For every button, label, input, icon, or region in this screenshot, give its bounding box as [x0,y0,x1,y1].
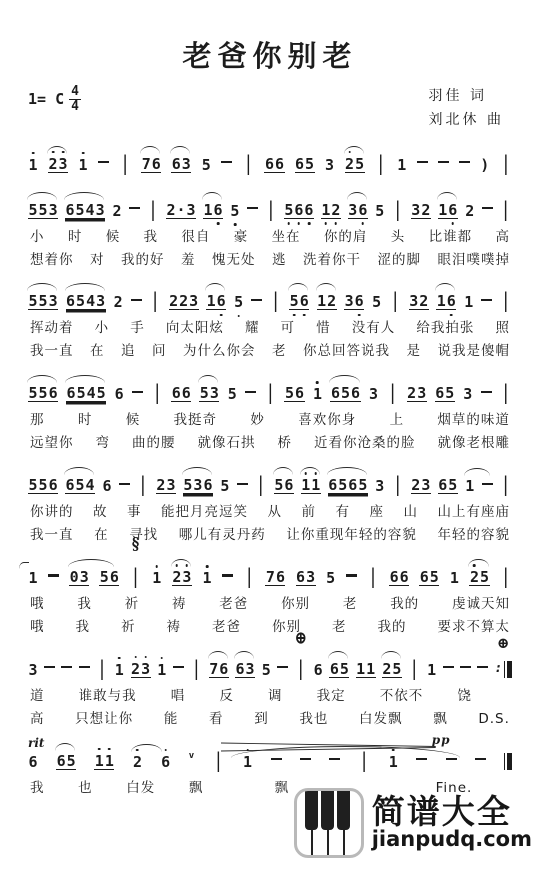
notation-line: 1231|76635|6665325|1)| [26,141,514,180]
note-token: 63 [235,662,255,678]
lyric-syllable: 惜 [316,318,331,339]
dash-note [481,391,492,393]
lyric-syllable: 我定 [317,686,346,707]
note-digit: 0 [69,570,79,585]
dash-bar [459,161,470,163]
note-digit: 3 [463,387,473,402]
note-digit: 3 [306,570,316,585]
note-digit: 3 [245,662,255,677]
note-token: 2 [113,295,123,310]
note-digit: 1 [321,203,331,218]
barline: | [375,154,387,174]
dash-note [131,299,142,301]
note-digit: 5 [201,158,211,173]
slur-arc [27,375,57,383]
note-digit: 2 [345,157,355,172]
slur-arc [273,467,293,475]
lyric-syllable: 在 [90,341,105,362]
dash-note [79,666,90,668]
note-digit: 5 [340,386,350,401]
dash-note [221,161,232,163]
dash-note [446,758,457,760]
note-digit: 5 [284,203,294,218]
dash-bar [443,666,454,668]
note-digit: 6 [65,203,75,218]
note-digit: 1 [464,295,474,310]
slur-arc [171,559,191,567]
dash-bar [251,299,262,301]
dash-bar [221,161,232,163]
note-digit: ) [480,158,490,173]
note-digit: 3 [79,570,89,585]
note-token: 65 [329,662,349,678]
note-token: 11 [94,754,114,770]
note-digit: 5 [38,478,48,493]
note-token: 223 [169,294,199,310]
barline: | [389,292,401,312]
note-token: 12 [317,294,337,310]
time-signature: 4 4 [69,85,81,113]
dash-note [482,483,493,485]
note-digit: 6 [389,570,399,585]
lyric-syllable: 有 [336,502,351,523]
lyric-syllable: 烟草的味道 [437,410,510,431]
note-digit: 3 [96,294,106,309]
note-digit: 5 [445,386,455,401]
dash-bar [271,758,282,760]
barline: | [269,292,281,312]
note-token: 5 [234,295,244,310]
thick-bar [507,661,512,678]
lyric-syllable: 弯 [96,433,111,454]
dash-note [443,666,454,668]
note-token: 6 [313,663,323,678]
note-digit: 6 [264,157,274,172]
note-token: 1 [464,295,474,310]
note-digit: 6 [330,386,340,401]
note-digit: 6 [66,386,76,401]
note-digit: 6 [65,478,75,493]
lyric-line: 想着你对我的好羞愧无处逃洗着你干涩的脚眼泪噗噗掉 [26,249,514,272]
dash-note [416,758,427,760]
breath-mark: v [189,751,194,761]
note-digit: 1 [301,478,311,493]
note-digit: 5 [305,157,315,172]
note-token: 23 [407,386,427,402]
note-digit: 5 [339,662,349,677]
note-token: 1 [427,663,437,678]
dash-note [271,758,282,760]
lyric-syllable: 我 [77,594,92,615]
note-token: 1 [28,571,38,586]
note-digit: 6 [328,478,338,493]
slur-arc [328,651,348,659]
composer-credit: 刘北休 曲 [429,109,504,133]
lyric-syllable: 很自 [181,227,210,248]
dash-bar [417,161,428,163]
dash-note [459,161,470,163]
note-token: 5 [326,571,336,586]
note-token: 1 [243,755,253,770]
dash-bar [247,207,258,209]
lyric-syllable: 不依不 [380,686,424,707]
dash-bar [482,207,493,209]
slur-arc [182,467,212,475]
barline: | [242,154,254,174]
barline: | [367,567,379,587]
dash-note [129,207,140,209]
note-token: 23 [131,662,151,678]
note-token: 3 [28,663,38,678]
note-digit: 3 [58,157,68,172]
note-digit: 5 [28,386,38,401]
note-token: 12 [321,203,341,219]
note-token: 66 [264,157,284,173]
lyric-syllable: 老 [332,617,347,638]
time-upper: 4 [69,85,81,100]
lyric-syllable: 能把月亮逗笑 [161,502,248,523]
dash-note [346,574,357,576]
note-digit: 5 [429,570,439,585]
lyric-syllable: 老 [272,341,287,362]
note-digit: 5 [38,294,48,309]
dash-note [481,299,492,301]
barline: | [392,200,404,220]
octave-dot-below [298,222,301,225]
note-digit: 5 [75,478,85,493]
note-token: 23 [48,157,68,173]
lyric-syllable: 想着你 [30,250,74,271]
note-token: 53 [199,386,219,402]
slur-arc [65,283,105,291]
slur-arc [170,146,190,154]
lyric-syllable: 祈 [125,594,140,615]
note-token: 6545 [66,386,106,402]
note-digit: 6 [438,478,448,493]
music-system-1: 1231|76635|6665325|1)| [26,141,514,180]
note-digit: 1 [243,755,253,770]
slur-arc [55,743,75,751]
note-token: 5 [375,204,385,219]
note-digit: 1 [356,662,366,677]
dash-note [482,207,493,209]
note-digit: 5 [355,157,365,172]
lyric-syllable: 老爸 [219,594,248,615]
note-digit: 1 [152,571,162,586]
dash-bar [475,758,486,760]
note-digit: 3 [375,479,385,494]
note-digit: 6 [114,387,124,402]
note-digit: 1 [388,755,398,770]
time-lower: 4 [69,100,81,114]
note-digit: 6 [109,570,119,585]
dash-note [277,666,288,668]
note-digit: 1 [157,663,167,678]
note-token: 16 [203,203,223,219]
dash-note [61,666,72,668]
barline: | [147,200,159,220]
octave-dot-below [288,222,291,225]
lyric-syllable: 老爸 [212,617,241,638]
slur-arc [344,146,364,154]
lyric-syllable: 我的 [390,594,419,615]
dash-bar [300,758,311,760]
note-digit: 3 [193,478,203,493]
coda-icon: ⊕ [497,636,510,651]
dash-bar [132,391,143,393]
dash-bar [438,161,449,163]
lyric-syllable: 调 [268,686,283,707]
note-digit: 5 [338,478,348,493]
octave-dot-above [161,657,164,660]
music-system-4: 55665456|66535|5616563|23653|那时候我挺奇妙喜欢你身… [26,370,514,455]
note-token: 23 [156,478,176,494]
note-token: 1 [465,479,475,494]
note-digit: 3 [348,203,358,218]
lyric-syllable: 喜欢你身 [298,410,356,431]
note-digit: 3 [182,570,192,585]
octave-dot-above [144,656,147,659]
note-digit: 1 [78,158,88,173]
slur-arc [234,651,254,659]
lyric-syllable: 座 [370,502,385,523]
lyric-syllable: 上 [390,410,405,431]
note-digit: 4 [85,478,95,493]
header-row: 1= C 4 4 羽佳 词 刘北休 曲 [28,85,510,133]
note-token: 656 [330,386,360,402]
dash-note [245,391,256,393]
dash-bar [329,758,340,760]
octave-dot-above [392,749,395,752]
slur-arc [65,375,105,383]
dash-bar [460,666,471,668]
note-digit: 5 [66,754,76,769]
dash-note [460,666,471,668]
lyric-syllable: 祷 [172,594,187,615]
note-token: 2·3 [166,203,196,219]
octave-dot-below [358,314,361,317]
dash-bar [416,758,427,760]
lyric-syllable: 那 [30,410,45,431]
note-digit: 3 [417,386,427,401]
note-digit: 3 [189,294,199,309]
note-token: 63 [171,157,191,173]
note-token: 32 [409,294,429,310]
note-digit: 3 [186,203,196,218]
note-digit: 2 [131,662,141,677]
note-digit: 5 [99,570,109,585]
note-token: 1 [388,755,398,770]
octave-dot-below [293,314,296,317]
notation-line: 55365432|2·3165|56612365|32162| [26,187,514,226]
music-system-6: 10356|§1231|76635|6665125|哦我祈祷老爸你别老我的虔诚天… [26,554,514,639]
octave-dot-below [234,223,237,226]
thin-bar [504,661,506,678]
note-digit: 5 [76,386,86,401]
note-digit: 3 [166,478,176,493]
note-digit: 6 [219,662,229,677]
note-digit: 6 [294,203,304,218]
note-digit: 1 [397,158,407,173]
note-token: 553 [28,294,58,310]
note-token: 16 [436,294,456,310]
note-token: 3 [463,387,473,402]
note-token: 1 [157,663,167,678]
barline: | [255,475,267,495]
octave-dot-below [325,222,328,225]
lyric-syllable: 时 [78,410,93,431]
note-token: 11 [356,662,376,678]
lyric-syllable: 你的肩 [324,227,368,248]
barline: | [151,384,163,404]
lyric-line: 哦我祈祷老爸你别老我的虔诚天知 [26,593,514,616]
dash-bar [482,483,493,485]
lyric-syllable: 白发 [126,778,155,799]
slur-arc [316,283,336,291]
octave-dot-above [118,657,121,660]
note-digit: 5 [28,478,38,493]
lyric-syllable: 年轻的容貌 [437,525,510,546]
note-digit: 5 [183,478,193,493]
slur-arc [381,651,401,659]
lyric-syllable: 饶 [457,686,472,707]
lyric-syllable: 比谁都 [429,227,473,248]
barline: | [500,154,512,174]
barline: |§ [129,567,141,587]
slur-arc [47,146,67,154]
octave-dot-above [98,748,101,751]
note-digit: 2 [172,570,182,585]
note-digit: 6 [66,294,76,309]
lyric-syllable: 坐在 [272,227,301,248]
note-token: 36 [348,203,368,219]
octave-dot-above [134,656,137,659]
barline: |⊕ [295,659,307,679]
note-digit: 6 [161,755,171,770]
note-digit: 6 [419,570,429,585]
note-token: 76 [265,570,285,586]
slur-arc [202,192,222,200]
note-digit: 2 [179,294,189,309]
note-digit: 7 [209,662,219,677]
note-digit: 1 [436,294,446,309]
note-digit: 5 [199,386,209,401]
slur-arc [435,283,455,291]
note-digit: 2 [113,295,123,310]
note-digit: 5 [375,204,385,219]
note-digit: 5 [227,387,237,402]
note-digit: 1 [94,754,104,769]
thick-bar [507,753,512,770]
note-digit: 5 [372,295,382,310]
note-token: 56 [284,386,304,402]
note-digit: 6 [213,203,223,218]
lyric-line: 哦我祈祷老爸你别老我的要求不算太 [26,616,514,639]
key-text: 1= C [28,90,64,108]
note-token: 66 [171,386,191,402]
note-token: 32 [411,203,431,219]
note-token: 23 [172,570,192,586]
lyric-syllable: 向太阳炫 [166,318,224,339]
lyric-syllable: 耀 [245,318,260,339]
note-token: 56 [274,478,294,494]
note-digit: 2 [469,570,479,585]
barline: | [408,659,420,679]
lyric-syllable: 逃 [272,250,287,271]
lyric-syllable: 没有人 [352,318,396,339]
note-digit: 2 [112,204,122,219]
lyric-syllable: 头 [391,227,406,248]
lyric-line: 挥动着小手向太阳炫耀可惜没有人给我拍张照 [26,317,514,340]
lyric-syllable: 高 [30,709,45,730]
note-token: 3 [325,158,335,173]
lyric-syllable: 让你重现年轻的容貌 [286,525,417,546]
lyric-syllable: 我 [144,227,159,248]
lyric-syllable: 飘 [433,709,448,730]
note-digit: 5 [96,386,106,401]
dash-note [173,666,184,668]
note-token: 16 [438,203,458,219]
barline: | [190,659,202,679]
octave-dot-below [452,222,455,225]
lyric-syllable: 祷 [167,617,182,638]
site-watermark: 简谱大全 jianpudq.com [294,788,532,858]
lyric-line: 我一直在寻找哪儿有灵丹药让你重现年轻的容貌年轻的容貌 [26,524,514,547]
note-token: 1 [449,571,459,586]
barline: | [358,751,370,771]
lyric-syllable: 涩的脚 [378,250,422,271]
note-digit: 6 [275,157,285,172]
slur-arc [27,283,57,291]
octave-dot-above [32,152,35,155]
dash-note [475,758,486,760]
octave-dot-below [335,222,338,225]
note-digit: 2 [421,203,431,218]
lyric-syllable: 就像老根雕 [438,433,511,454]
note-digit: 6 [295,157,305,172]
octave-dot-above [82,152,85,155]
lyric-syllable: 是 [407,341,422,362]
barline: | [500,200,512,220]
lyric-line: 那时候我挺奇妙喜欢你身上烟草的味道 [26,409,514,432]
coda-icon: ⊕ [294,629,307,647]
note-digit: 1 [104,754,114,769]
notation-line: 55365432|223165|5612365|32161| [26,278,514,317]
dash-note [300,758,311,760]
lyric-syllable: 说我是傻帽 [438,341,511,362]
note-digit: 6 [446,294,456,309]
dash-note [438,161,449,163]
note-digit: 3 [209,386,219,401]
note-token: 5 [372,295,382,310]
note-digit: 6 [358,203,368,218]
note-token: 1 [28,158,38,173]
octave-dot-below [220,314,223,317]
dash-bar [346,574,357,576]
note-digit: 5 [358,478,368,493]
note-token: 23 [411,478,431,494]
lyric-syllable: 我也 [299,709,328,730]
lyric-syllable: 白发飘 [359,709,403,730]
dash-bar [79,666,90,668]
note-digit: 3 [141,662,151,677]
note-digit: 7 [265,570,275,585]
lyric-syllable: 候 [106,227,121,248]
note-digit: 5 [289,294,299,309]
dash-bar [131,299,142,301]
note-digit: 3 [344,294,354,309]
slur-arc [437,192,457,200]
